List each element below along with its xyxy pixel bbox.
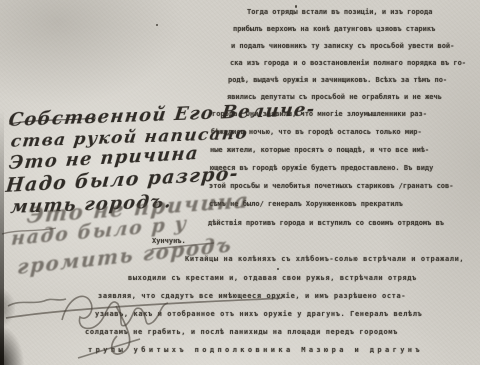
typed-line: ющееся въ городѣ оружіе будетъ предостав…	[210, 164, 433, 172]
typed-line: ные жители, которые просятъ о пощадѣ, и …	[210, 146, 429, 154]
typed-line: дѣйствія противъ города и вступилъ со св…	[208, 219, 444, 227]
typed-line: заявляя, что сдадутъ все имѣющееся оружі…	[98, 292, 406, 300]
typed-line: явились депутаты съ просьбой не ограблят…	[227, 93, 442, 101]
typed-line: и подалъ чиновникъ ту записку съ просьбо…	[231, 42, 454, 50]
typed-line: трупы убитыхъ подполковника Мазюра и дра…	[88, 346, 423, 354]
typed-line: солдатамъ не грабить, и послѣ панихиды н…	[85, 328, 398, 336]
pencil-scribble	[8, 299, 66, 306]
typed-line: Тогда отряды встали въ позиціи, и изъ го…	[247, 8, 432, 16]
typed-line: ска изъ города и о возстановленіи полнаг…	[230, 59, 466, 67]
typed-line: узнавъ, какъ и отобранное отъ нихъ оружі…	[95, 310, 422, 318]
paper-speck	[156, 24, 158, 26]
typed-line: прибылъ верхомъ на конѣ датунговъ цзяовъ…	[233, 25, 435, 33]
paper-speck	[277, 268, 279, 270]
paper-speck	[295, 5, 297, 8]
document-photo: Тогда отряды встали въ позиціи, и изъ го…	[0, 0, 480, 365]
typed-line: выходили съ крестами и, отдавая свои руж…	[128, 274, 417, 282]
photo-corner-smudge	[0, 325, 24, 365]
typed-line: родѣ, выдачѣ оружія и зачинщиковъ. Всѣхъ…	[228, 76, 447, 84]
photo-edge-smudge	[0, 288, 15, 328]
